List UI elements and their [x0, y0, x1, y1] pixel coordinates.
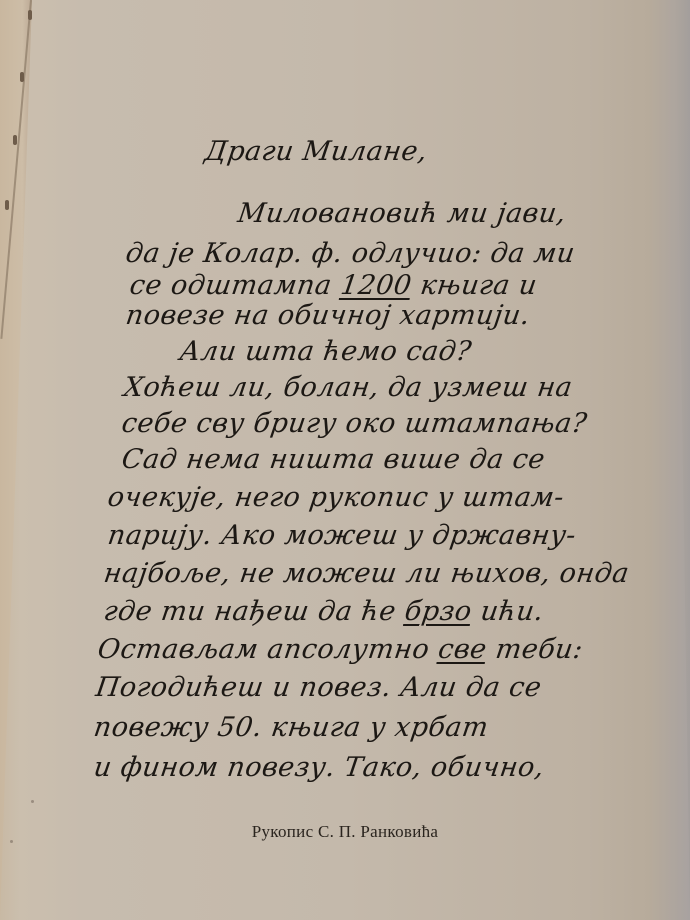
manuscript-page: Драги Милане, Миловановић ми јави, да је… — [30, 0, 670, 920]
binding-stitch — [5, 200, 9, 210]
underlined-word: брзо — [403, 596, 474, 627]
handwritten-line-14: Погодићеш и повез. Али да се — [94, 674, 543, 701]
line-text: ићи. — [470, 596, 546, 627]
underlined-number: 1200 — [339, 270, 414, 301]
printed-caption: Рукопис С. П. Ранковића — [0, 822, 690, 842]
book-page-photo: Драги Милане, Миловановић ми јави, да је… — [0, 0, 690, 920]
handwritten-line-6: Хоћеш ли, болан, да узмеш на — [122, 374, 574, 401]
handwritten-line-16: и фином повезу. Тако, обично, — [92, 754, 546, 781]
underlined-word: све — [436, 634, 489, 665]
handwritten-line-8: Сад нема ништа више да се — [120, 446, 547, 473]
handwritten-line-2: да је Колар. ф. одлучио: да ми — [124, 240, 577, 267]
binding-stitch — [13, 135, 17, 145]
line-text: теби: — [485, 634, 585, 665]
handwritten-line-13: Остављам апсолутно све теби: — [96, 636, 585, 663]
handwritten-line-7: себе сву бригу око штампања? — [120, 410, 589, 437]
line-text: се одштампа — [128, 270, 343, 301]
line-text: књига и — [409, 270, 539, 301]
handwritten-line-10: парију. Ако можеш у државну- — [106, 522, 578, 549]
line-text: где ти нађеш да ће — [102, 596, 407, 627]
handwritten-line-12: где ти нађеш да ће брзо ићи. — [102, 598, 545, 625]
handwritten-line-11: најбоље, не можеш ли њихов, онда — [102, 560, 631, 587]
binding-stitch — [20, 72, 24, 82]
handwritten-line-1: Миловановић ми јави, — [236, 200, 568, 227]
line-text: Остављам апсолутно — [96, 634, 441, 665]
handwritten-line-3: се одштампа 1200 књига и — [128, 272, 539, 299]
salutation: Драги Милане, — [203, 138, 429, 165]
handwritten-line-9: очекује, него рукопис у штам- — [106, 484, 566, 511]
handwritten-line-15: повежу 50. књига у хрбат — [92, 714, 490, 741]
handwritten-line-4: повезе на обичној хартији. — [124, 302, 532, 329]
handwritten-line-5: Али шта ћемо сад? — [178, 338, 473, 365]
